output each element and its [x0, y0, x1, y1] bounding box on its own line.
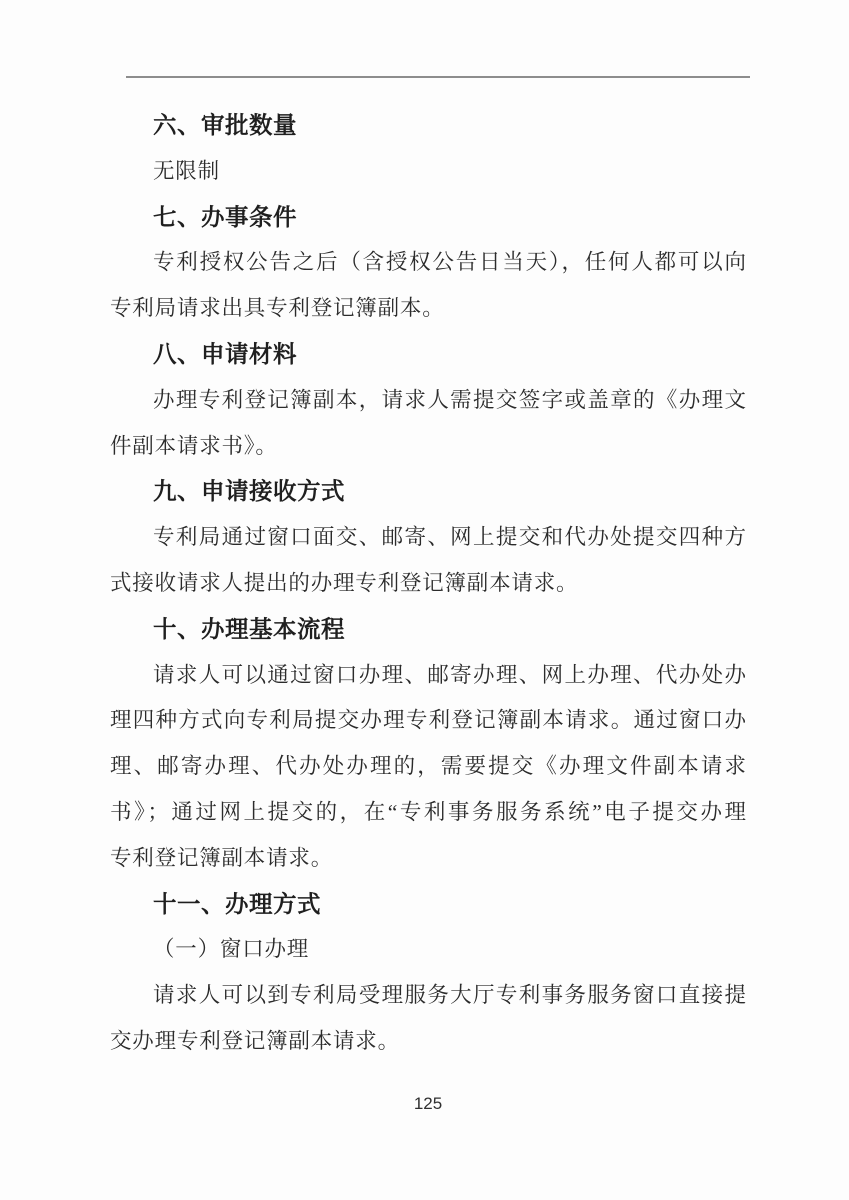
body-line: 专利局请求出具专利登记簿副本。 — [110, 286, 746, 332]
heading-approval-quantity: 六、审批数量 — [110, 103, 746, 149]
document-body: 六、审批数量 无限制 七、办事条件 专利授权公告之后（含授权公告日当天），任何人… — [110, 103, 746, 1065]
body-line: 请求人可以到专利局受理服务大厅专利事务服务窗口直接提 — [110, 973, 746, 1019]
body-line: 交办理专利登记簿副本请求。 — [110, 1019, 746, 1065]
body-line: 理、邮寄办理、代办处办理的，需要提交《办理文件副本请求 — [110, 744, 746, 790]
body-line: 专利局通过窗口面交、邮寄、网上提交和代办处提交四种方 — [110, 515, 746, 561]
heading-application-materials: 八、申请材料 — [110, 332, 746, 378]
body-line: 式接收请求人提出的办理专利登记簿副本请求。 — [110, 561, 746, 607]
document-page: 六、审批数量 无限制 七、办事条件 专利授权公告之后（含授权公告日当天），任何人… — [0, 0, 849, 1200]
body-line: 专利授权公告之后（含授权公告日当天），任何人都可以向 — [110, 240, 746, 286]
page-number: 125 — [110, 1089, 746, 1119]
body-line: 请求人可以通过窗口办理、邮寄办理、网上办理、代办处办 — [110, 653, 746, 699]
heading-receiving-methods: 九、申请接收方式 — [110, 469, 746, 515]
body-line: 专利登记簿副本请求。 — [110, 836, 746, 882]
heading-handling-methods: 十一、办理方式 — [110, 882, 746, 928]
heading-basic-process: 十、办理基本流程 — [110, 607, 746, 653]
body-line: 无限制 — [110, 149, 746, 195]
heading-service-conditions: 七、办事条件 — [110, 195, 746, 241]
header-divider — [126, 76, 750, 78]
subheading-window-handling: （一）窗口办理 — [110, 927, 746, 973]
body-line: 件副本请求书》。 — [110, 424, 746, 470]
body-line: 理四种方式向专利局提交办理专利登记簿副本请求。通过窗口办 — [110, 698, 746, 744]
body-line: 书》；通过网上提交的，在“专利事务服务系统”电子提交办理 — [110, 790, 746, 836]
body-line: 办理专利登记簿副本，请求人需提交签字或盖章的《办理文 — [110, 378, 746, 424]
